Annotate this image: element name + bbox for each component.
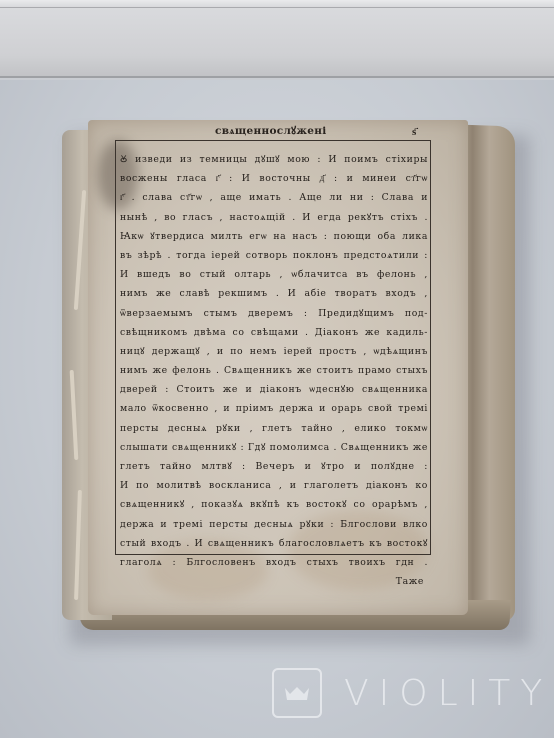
text-line: И вшедъ во стый олтарь , ѡблачитса въ фе… (120, 265, 428, 284)
folio-number: ѕ҃ (412, 125, 416, 138)
binding-thread (74, 190, 86, 310)
text-line: Ꙋ изведи из темницы дꙋшꙋ мою : И поимъ с… (120, 150, 428, 169)
text-line: глаголѧ : Блгословенъ входъ стыхъ твоихъ… (120, 553, 428, 572)
text-line: въ зѣрѣ . тогда іерей сотворь поклонъ пр… (120, 246, 428, 265)
watermark-text: VIOLITY (344, 673, 552, 714)
watermark: VIOLITY (272, 667, 552, 719)
binding-thread (74, 490, 82, 600)
windowsill-edge (0, 8, 554, 78)
text-line: персты десныѧ рꙋки , глетъ тайно , елико… (120, 419, 428, 438)
text-block: Ꙋ изведи из темницы дꙋшꙋ мою : И поимъ с… (120, 150, 428, 591)
text-line: И по молитвѣ воскланиса , и глаголетъ ді… (120, 476, 428, 495)
text-line: нимъ же фелонь . Свѧщенникъ же стоитъ пр… (120, 361, 428, 380)
text-line: свѣщникомъ двѣма со свѣщами . Діаконъ же… (120, 323, 428, 342)
binding-thread (70, 370, 79, 460)
window-frame (0, 0, 554, 8)
catchword: Таже (120, 572, 428, 591)
text-line: нимъ же славѣ рекшимъ . И абіе творатъ в… (120, 284, 428, 303)
text-line: ницꙋ держащꙋ , и по немъ іерей простъ , … (120, 342, 428, 361)
crown-icon (272, 668, 322, 718)
text-line: глетъ тайно млтвꙋ : Вечеръ и ꙋтро и полꙋ… (120, 457, 428, 476)
text-line: Ꙗкѡ ꙋтвердиса милть егѡ на насъ : поющи … (120, 227, 428, 246)
text-line: мало ѿкосвенно , и пріимъ держа и орарь … (120, 399, 428, 418)
text-line: слышати свѧщенникꙋ : Гдꙋ помолимса . Свѧ… (120, 438, 428, 457)
text-line: нынѣ , во гласъ , настоѧщій . И егда рек… (120, 208, 428, 227)
running-head: свѧщеннослꙋжені (215, 124, 327, 138)
text-line: восжены гласа г҃ : И восточны д҃ : и мин… (120, 169, 428, 188)
text-line: свѧщенникꙋ , показꙋѧ вкꙋпѣ къ востокꙋ со… (120, 495, 428, 514)
text-line: дверей : Стоитъ же и діаконъ ѡдеснꙋю свѧ… (120, 380, 428, 399)
text-line: стый входъ . И свѧщенникъ благословлѧетъ… (120, 534, 428, 553)
text-line: г҃ . слава ст҃гѡ , аще имать . Аще ли ни… (120, 188, 428, 207)
text-line: ѿверзаемымъ стымъ дверемъ : Предидꙋщимъ … (120, 304, 428, 323)
text-line: держа и тремі персты десныѧ рꙋки : Блгос… (120, 515, 428, 534)
